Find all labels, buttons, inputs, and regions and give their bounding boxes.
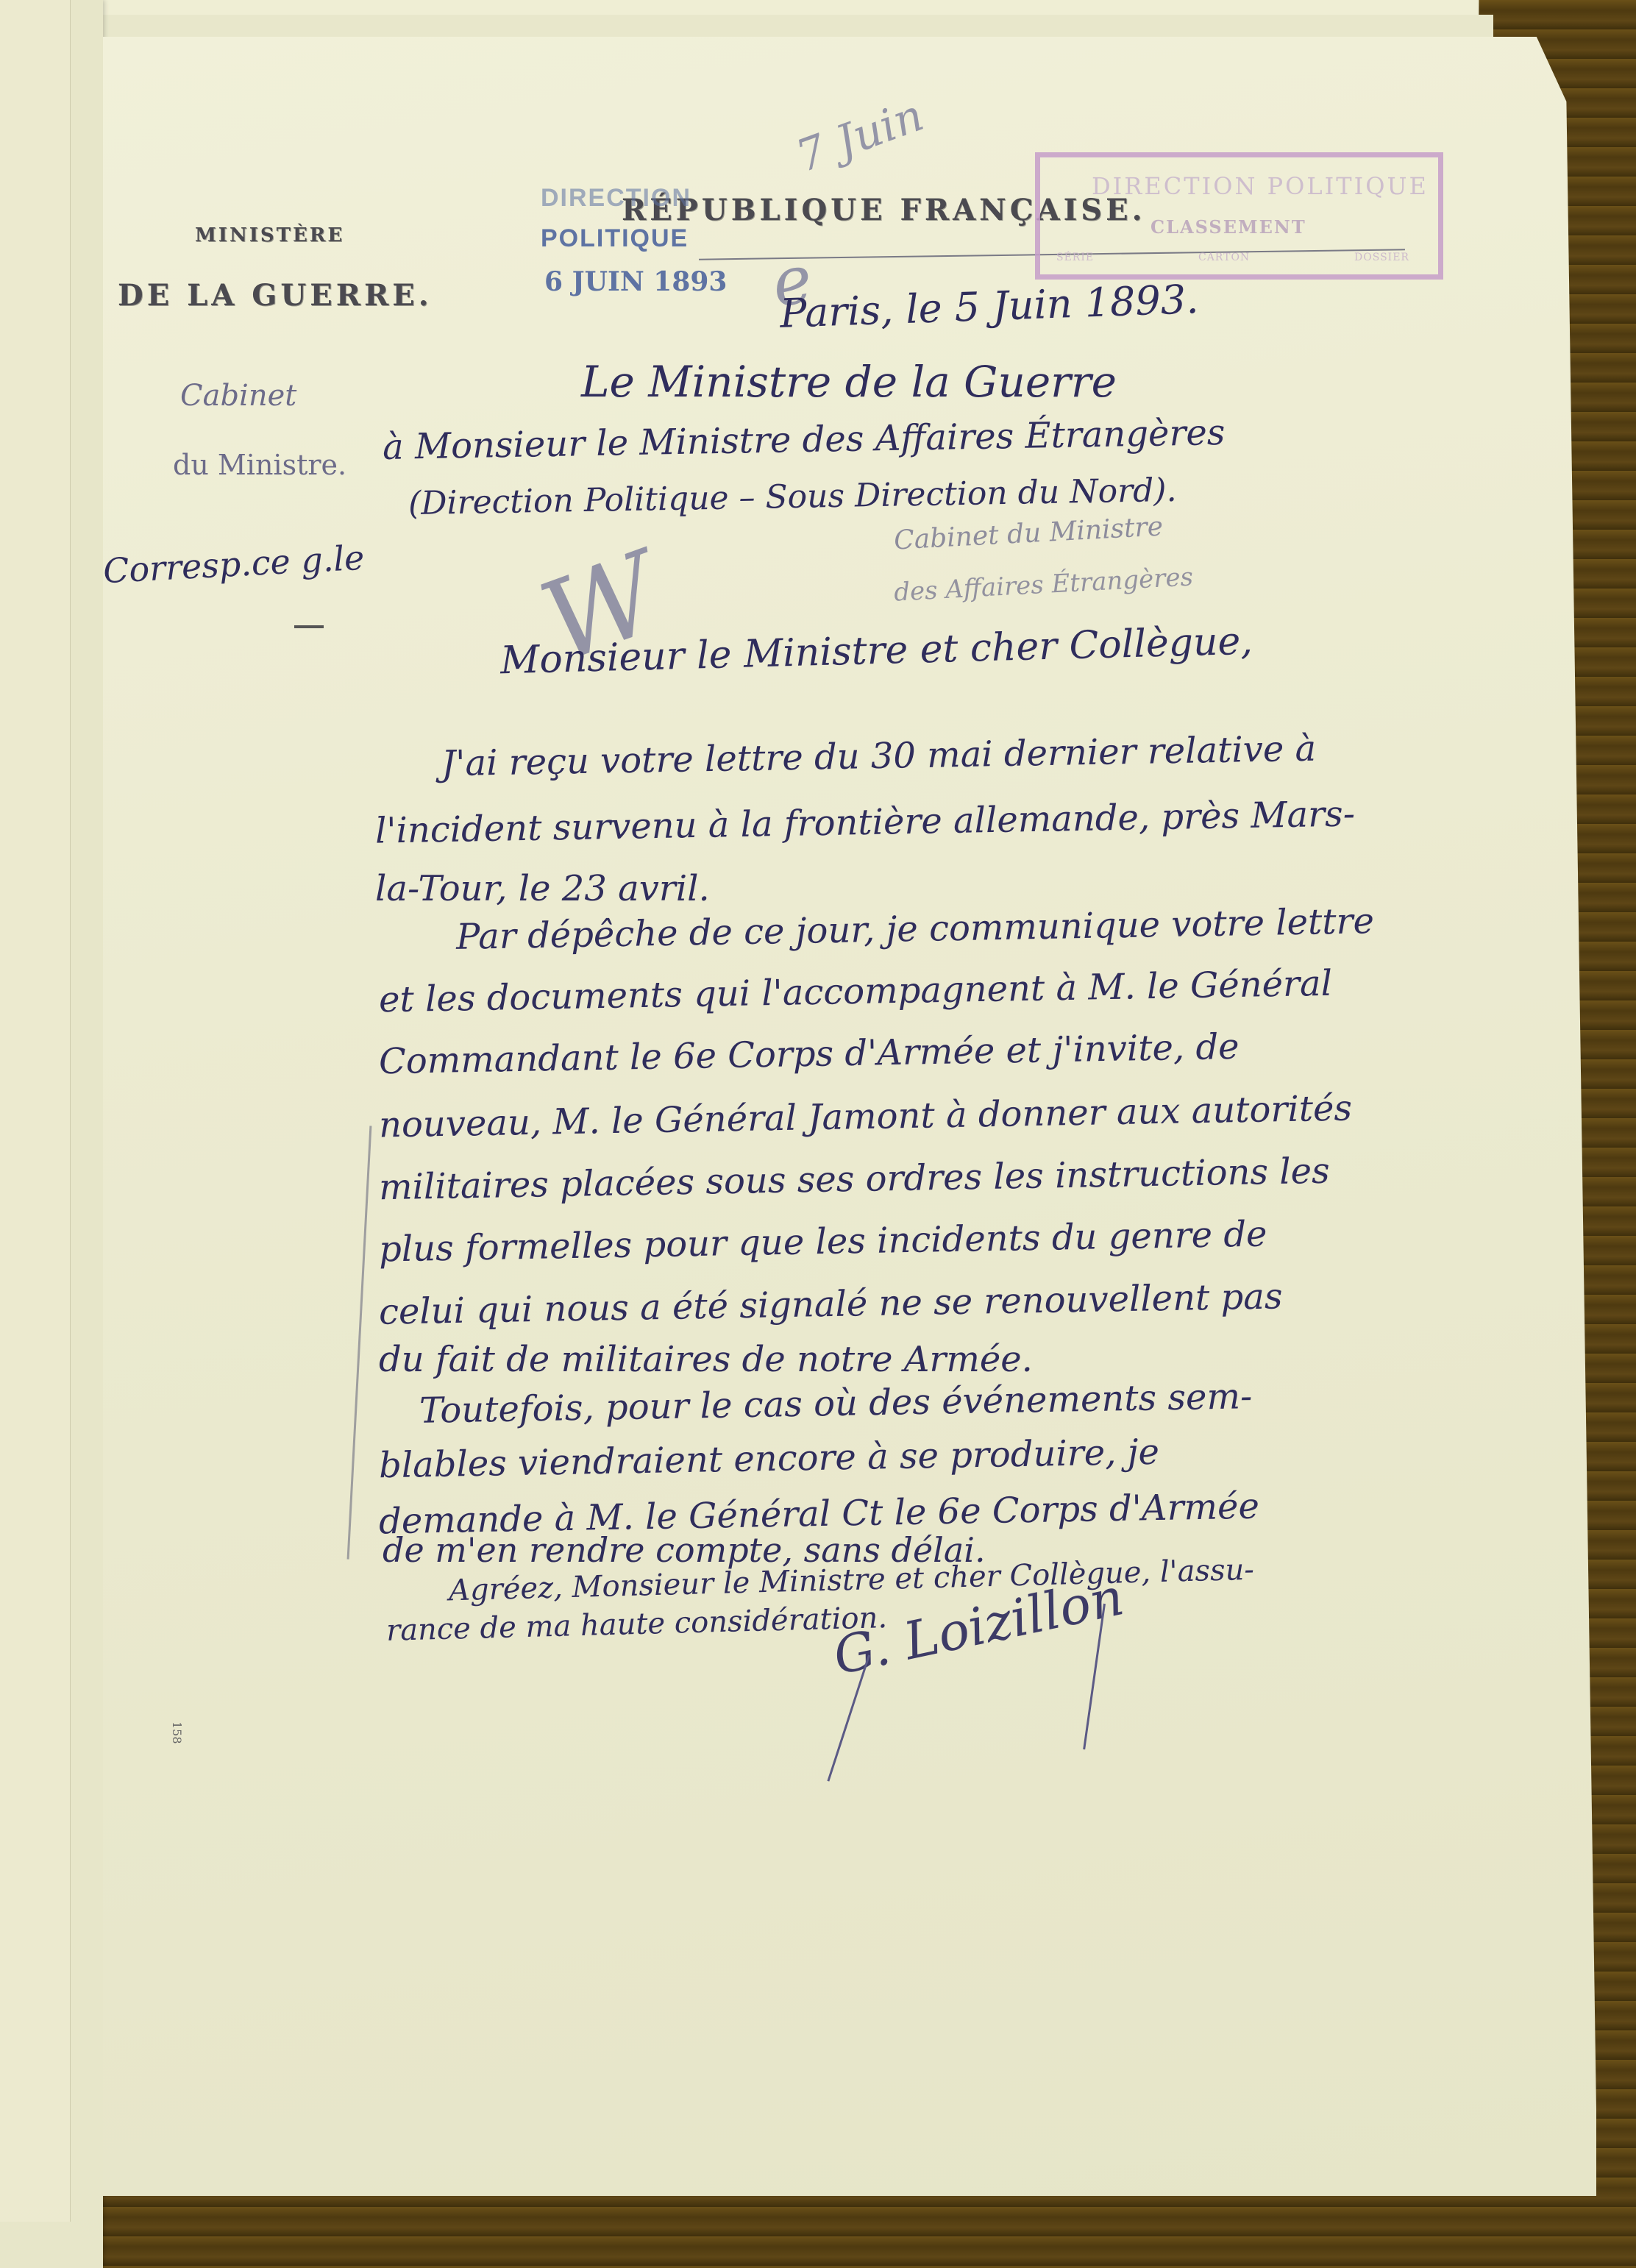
field-dossier: DOSSIER xyxy=(1354,252,1409,263)
letterhead-de-la-guerre: DE LA GUERRE. xyxy=(118,278,433,313)
margin-rule xyxy=(294,625,324,628)
field-carton: CARTON xyxy=(1198,252,1250,263)
field-serie: SÉRIE xyxy=(1056,252,1094,263)
stamp-politique: POLITIQUE xyxy=(541,224,689,253)
sender: Le Ministre de la Guerre xyxy=(581,357,1117,407)
margin-du-ministre: du Ministre. xyxy=(173,449,346,481)
stamp-date: 6 JUIN 1893 xyxy=(544,266,727,297)
classement-stamp: DIRECTION POLITIQUE CLASSEMENT SÉRIE CAR… xyxy=(1035,152,1443,280)
stamp-direction: DIRECTION xyxy=(541,184,691,213)
underlying-sheet-left-edge xyxy=(0,0,71,2222)
margin-cabinet: Cabinet xyxy=(180,379,296,413)
classement-stamp-fields: SÉRIE CARTON DOSSIER xyxy=(1056,252,1409,263)
body-line-11: du fait de militaires de notre Armée. xyxy=(379,1339,1033,1380)
body-line-3: la-Tour, le 23 avril. xyxy=(375,868,710,909)
classement-stamp-label: CLASSEMENT xyxy=(1150,216,1306,238)
classement-stamp-title: DIRECTION POLITIQUE xyxy=(1092,172,1429,200)
folio-number: 158 xyxy=(170,1721,184,1744)
letterhead-ministere: MINISTÈRE xyxy=(195,224,344,246)
